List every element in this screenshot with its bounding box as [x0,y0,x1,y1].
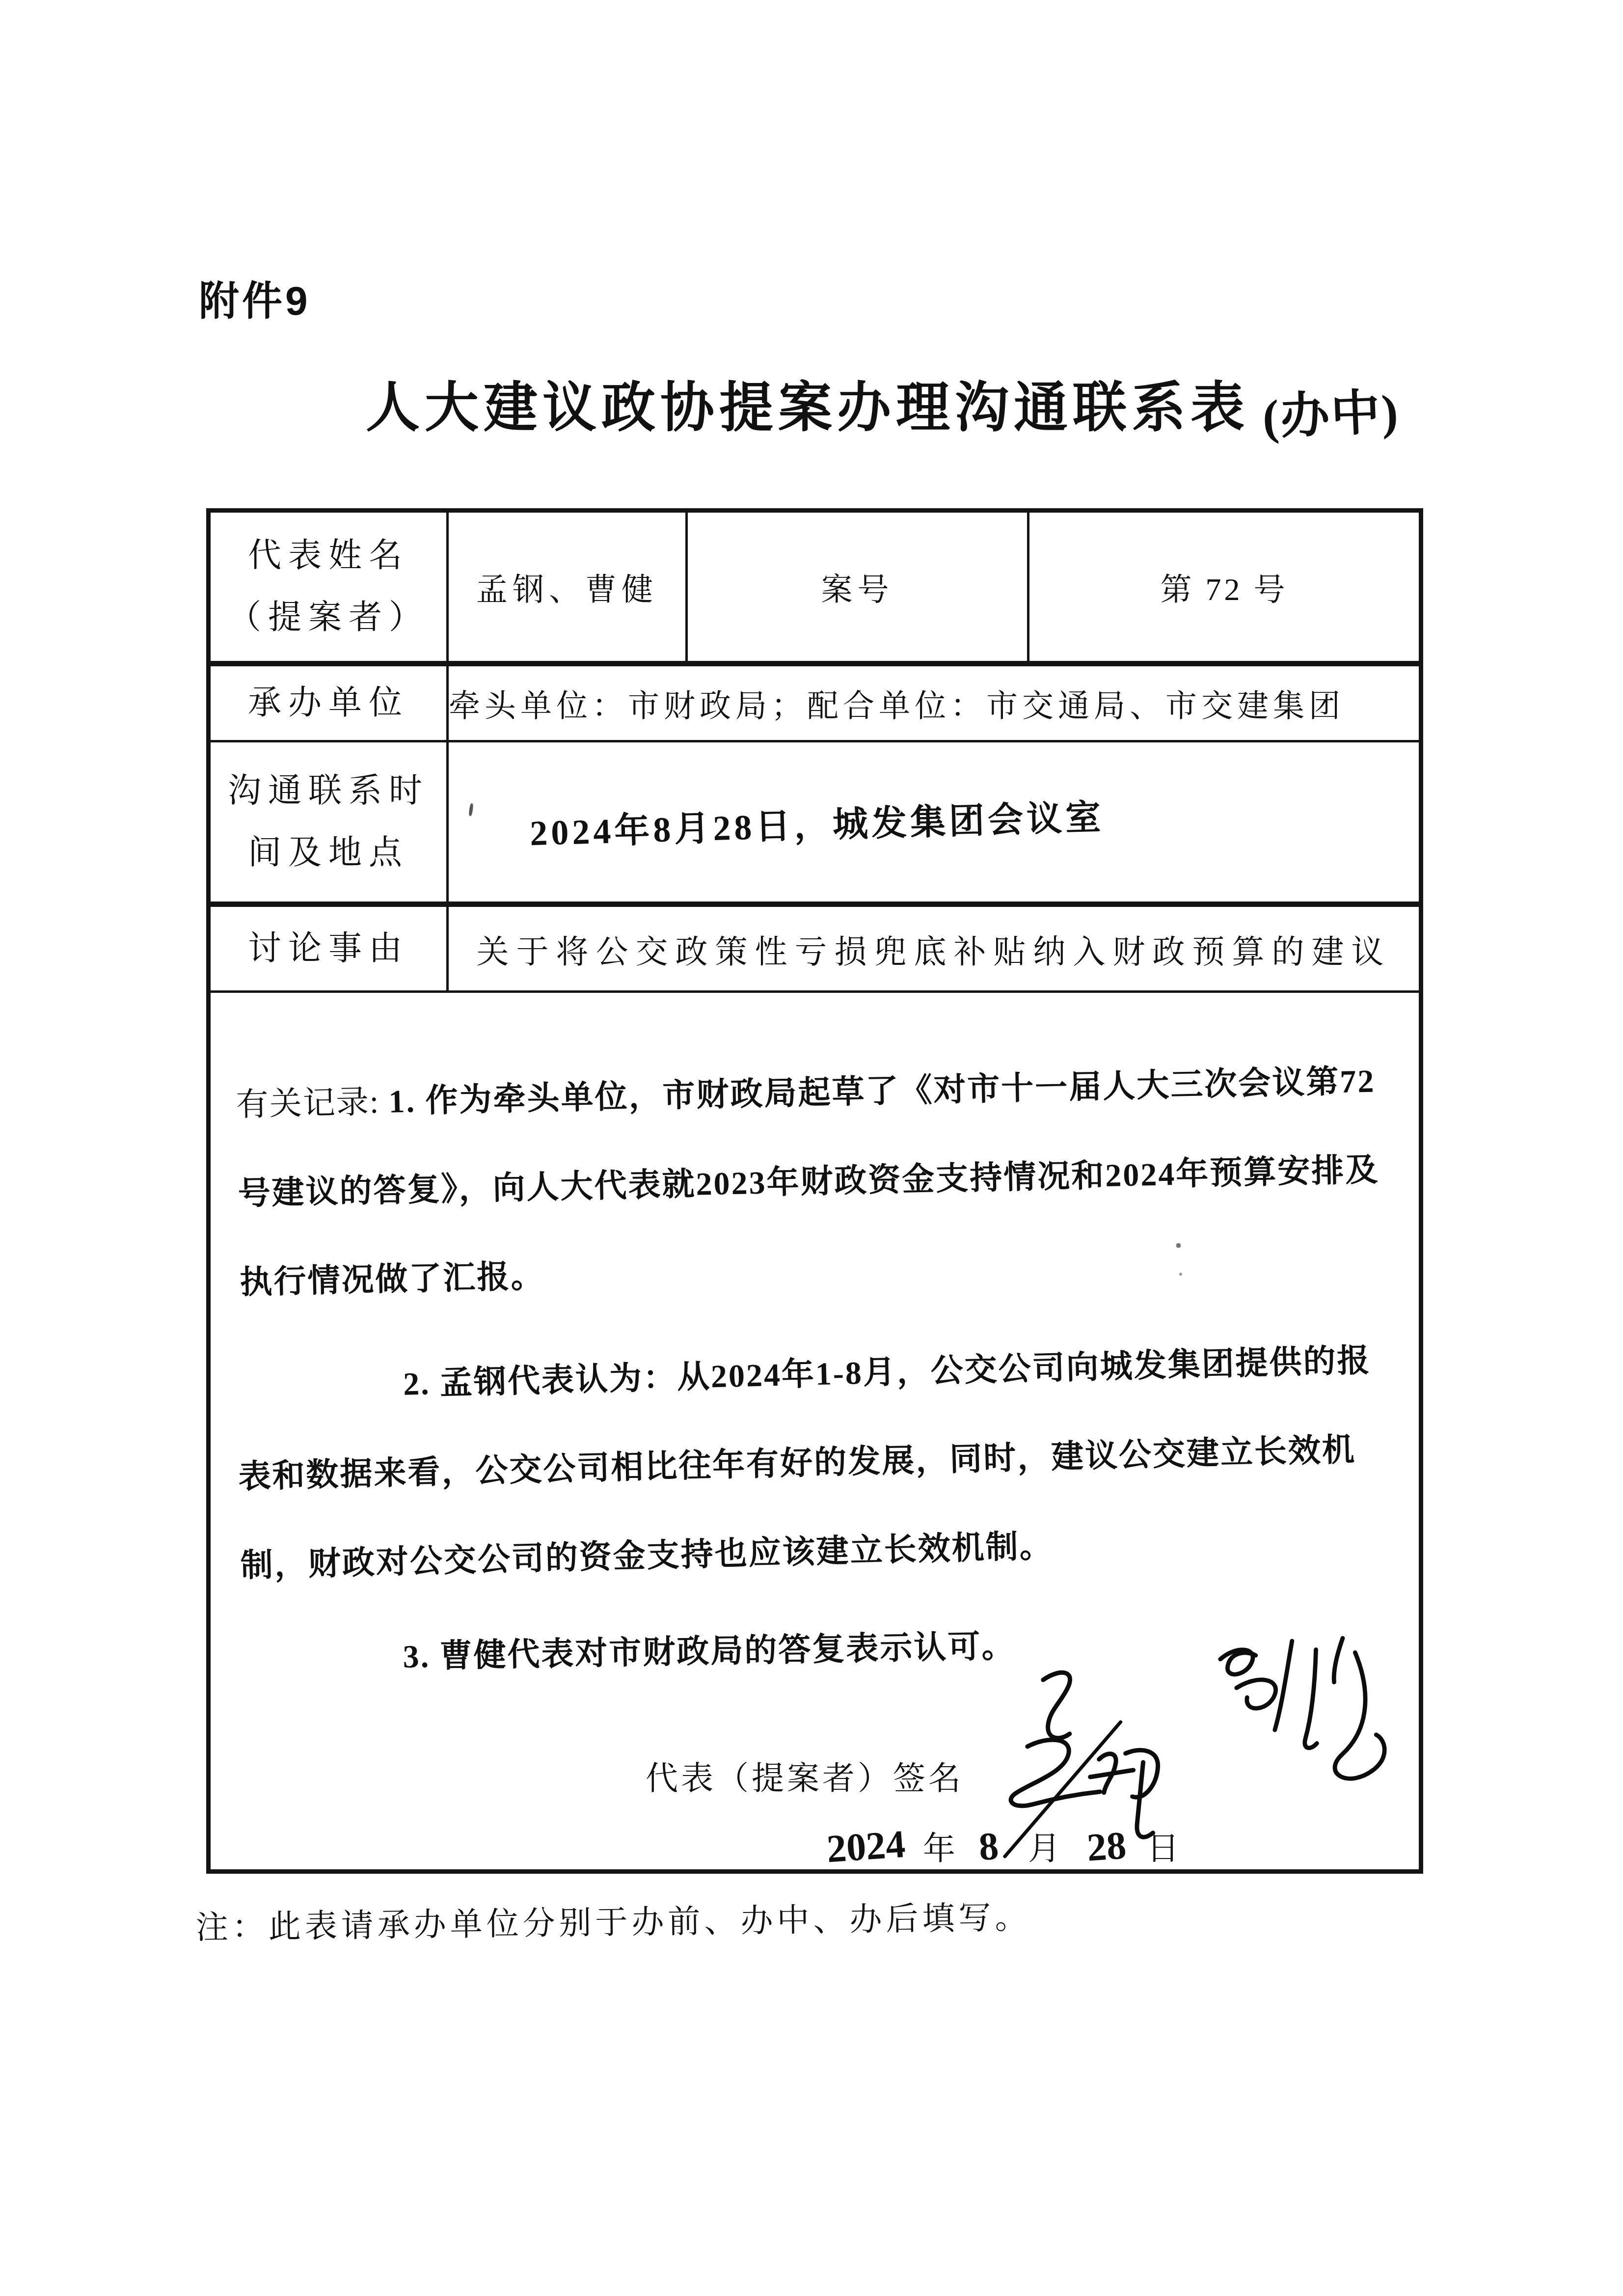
records-label: 有关记录: [236,1084,380,1123]
records-paragraph-2: 2. 孟钢代表认为：从2024年1-8月，公交公司向城发集团提供的报表和数据来看… [235,1315,1403,1611]
row-undertaker: 承办单位 牵头单位：市财政局；配合单位：市交通局、市交建集团 [209,664,1421,741]
cell-contact-value: 2024年8月28日，城发集团会议室 [448,741,1421,904]
signature-label: 代表（提案者）签名 [646,1752,964,1819]
title-text: 人大建议政协提案办理沟通联系表 [366,378,1249,438]
contact-handwritten-value: 2024年8月28日，城发集团会议室 [529,789,1105,856]
row-contact-time-place: 沟通联系时 间及地点 2024年8月28日，城发集团会议室 [209,741,1421,904]
cell-undertaker-value: 牵头单位：市财政局；配合单位：市交通局、市交建集团 [448,664,1421,741]
signature-date-row: 2024 年 8 月 28 日 [235,1822,1396,1869]
date-day-unit: 日 [1147,1822,1180,1869]
title-handwritten-stage: (办中) [1261,372,1401,448]
date-year-handwritten: 2024 [825,1822,907,1872]
signature-row: 代表（提案者）签名 [235,1716,1396,1819]
rep-label-line2: （提案者） [211,587,446,649]
attachment-label: 附件9 [199,269,311,327]
cell-contact-label: 沟通联系时 间及地点 [209,741,448,904]
cell-case-number-label: 案号 [687,511,1028,664]
rep-label-line1: 代表姓名 [211,525,446,587]
cell-rep-name-value: 孟钢、曹健 [448,511,687,664]
cell-records: 有关记录: 1. 作为牵头单位，市财政局起草了《对市十一届人大三次会议第72号建… [209,992,1421,1872]
records-item-2: 2. 孟钢代表认为：从2024年1-8月，公交公司向城发集团提供的报表和数据来看… [238,1342,1372,1584]
scan-speckle [1176,1243,1181,1248]
row-representative: 代表姓名 （提案者） 孟钢、曹健 案号 第 72 号 [209,511,1421,664]
records-paragraph-1: 有关记录: 1. 作为牵头单位，市财政局起草了《对市十一届人大三次会议第72号建… [235,1036,1402,1327]
row-discussion-topic: 讨论事由 关于将公交政策性亏损兜底补贴纳入财政预算的建议 [209,904,1421,992]
contact-label-line1: 沟通联系时 [211,760,446,822]
form-table: 代表姓名 （提案者） 孟钢、曹健 案号 第 72 号 承办单位 牵头单位：市财政… [206,508,1423,1874]
scan-speckle [1179,1273,1182,1276]
cell-rep-name-label: 代表姓名 （提案者） [209,511,448,664]
records-item-3: 3. 曹健代表对市财政局的答复表示认可。 [403,1628,1016,1675]
cell-undertaker-label: 承办单位 [209,664,448,741]
scanned-form-page: 附件9 人大建议政协提案办理沟通联系表(办中) 代表姓名 （提案者） 孟钢、曹健… [0,0,1623,2296]
date-year-unit: 年 [923,1822,956,1869]
row-records: 有关记录: 1. 作为牵头单位，市财政局起草了《对市十一届人大三次会议第72号建… [209,992,1421,1872]
date-month-unit: 月 [1028,1822,1061,1869]
date-month-handwritten: 8 [977,1824,1000,1870]
document-title: 人大建议政协提案办理沟通联系表(办中) [366,364,1399,442]
cell-topic-value: 关于将公交政策性亏损兜底补贴纳入财政预算的建议 [448,904,1421,992]
records-item-1: 1. 作为牵头单位，市财政局起草了《对市十一届人大三次会议第72号建议的答复》，… [238,1063,1380,1301]
footnote: 注：此表请承办单位分别于办前、办中、办后填写。 [195,1891,1031,1948]
date-day-handwritten: 28 [1085,1823,1128,1870]
cell-topic-label: 讨论事由 [209,904,448,992]
cell-case-number-value: 第 72 号 [1028,511,1421,664]
contact-label-line2: 间及地点 [211,822,446,884]
